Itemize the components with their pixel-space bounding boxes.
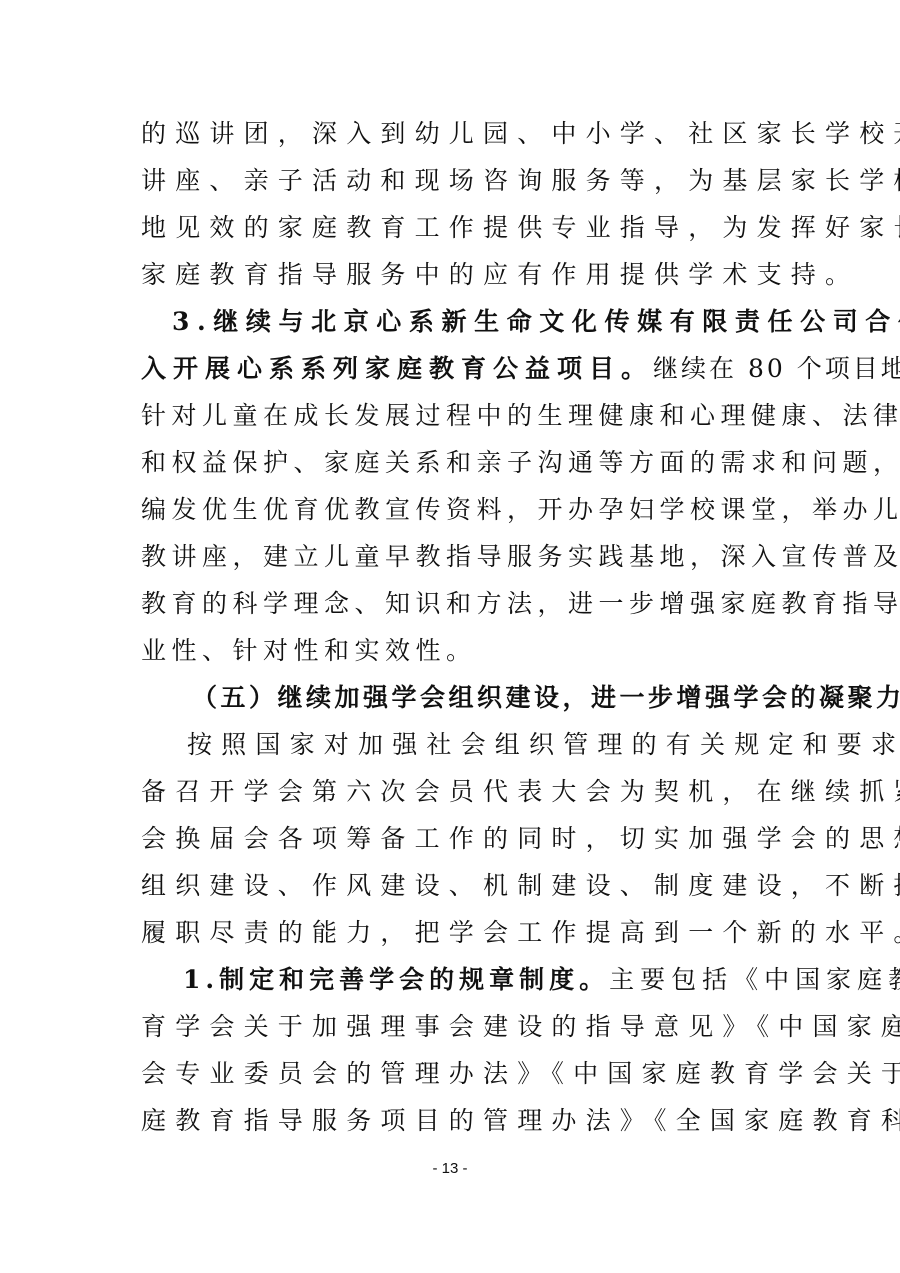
paragraph-line: 庭教育指导服务项目的管理办法》《全国家庭教育科研课题 (141, 1104, 781, 1138)
paragraph-line: 履职尽责的能力，把学会工作提高到一个新的水平。 (141, 916, 781, 950)
line-text: 业性、针对性和实效性。 (141, 636, 477, 665)
line-text: 育学会关于加强理事会建设的指导意见》《中国家庭教育学 (141, 1012, 900, 1041)
section-heading: （五）继续加强学会组织建设，进一步增强学会的凝聚力。 (192, 681, 832, 715)
line-text: 编发优生优育优教宣传资料，开办孕妇学校课堂，举办儿童早 (141, 495, 900, 524)
item-title-bold: 3.继续与北京心系新生命文化传媒有限责任公司合作，深 (172, 307, 900, 336)
section-heading-text: （五）继续加强学会组织建设，进一步增强学会的凝聚力。 (192, 683, 900, 712)
page-number: - 13 - (0, 1160, 900, 1177)
line-text: 家庭教育指导服务中的应有作用提供学术支持。 (141, 260, 859, 289)
line-text: 和权益保护、家庭关系和亲子沟通等方面的需求和问题，开展 (141, 448, 900, 477)
paragraph-line: 家庭教育指导服务中的应有作用提供学术支持。 (141, 258, 781, 292)
line-text: 讲座、亲子活动和现场咨询服务等，为基层家长学校开展落 (141, 166, 900, 195)
line-text: 针对儿童在成长发展过程中的生理健康和心理健康、法律保护 (141, 401, 900, 430)
line-text: 继续在 80 个项目地区， (653, 354, 900, 383)
paragraph-line: 编发优生优育优教宣传资料，开办孕妇学校课堂，举办儿童早 (141, 493, 781, 527)
paragraph-line: 会换届会各项筹备工作的同时，切实加强学会的思想建设、 (141, 822, 781, 856)
line-text: 会换届会各项筹备工作的同时，切实加强学会的思想建设、 (141, 824, 900, 853)
paragraph-line: 的巡讲团，深入到幼儿园、中小学、社区家长学校开展专题 (141, 117, 781, 151)
paragraph-line: 针对儿童在成长发展过程中的生理健康和心理健康、法律保护 (141, 399, 781, 433)
line-text: 会专业委员会的管理办法》《中国家庭教育学会关于实施家 (141, 1059, 900, 1088)
item-title-bold: 入开展心系系列家庭教育公益项目。 (141, 354, 653, 383)
line-text: 教讲座，建立儿童早教指导服务实践基地，深入宣传普及家庭 (141, 542, 900, 571)
paragraph-line: 育学会关于加强理事会建设的指导意见》《中国家庭教育学 (141, 1010, 781, 1044)
line-text: 履职尽责的能力，把学会工作提高到一个新的水平。 (141, 918, 900, 947)
item-title-line: 3.继续与北京心系新生命文化传媒有限责任公司合作，深 (172, 305, 812, 339)
line-text: 备召开学会第六次会员代表大会为契机，在继续抓紧抓好学 (141, 777, 900, 806)
line-text: 主要包括《中国家庭教 (609, 965, 900, 994)
line-text: 按照国家对加强社会组织管理的有关规定和要求，以筹 (187, 730, 900, 759)
paragraph-line: 教讲座，建立儿童早教指导服务实践基地，深入宣传普及家庭 (141, 540, 781, 574)
line-text: 地见效的家庭教育工作提供专业指导，为发挥好家长学校在 (141, 213, 900, 242)
paragraph-line: 讲座、亲子活动和现场咨询服务等，为基层家长学校开展落 (141, 164, 781, 198)
document-page: 的巡讲团，深入到幼儿园、中小学、社区家长学校开展专题 讲座、亲子活动和现场咨询服… (0, 0, 900, 1273)
line-text: 的巡讲团，深入到幼儿园、中小学、社区家长学校开展专题 (141, 119, 900, 148)
line-text: 教育的科学理念、知识和方法，进一步增强家庭教育指导的专 (141, 589, 900, 618)
line-text: 组织建设、作风建设、机制建设、制度建设，不断提升学会 (141, 871, 900, 900)
line-text: 庭教育指导服务项目的管理办法》《全国家庭教育科研课题 (141, 1106, 900, 1135)
paragraph-line: 地见效的家庭教育工作提供专业指导，为发挥好家长学校在 (141, 211, 781, 245)
paragraph-line: 入开展心系系列家庭教育公益项目。继续在 80 个项目地区， (141, 352, 781, 386)
item-title-line: 1.制定和完善学会的规章制度。主要包括《中国家庭教 (183, 963, 823, 997)
paragraph-line: 和权益保护、家庭关系和亲子沟通等方面的需求和问题，开展 (141, 446, 781, 480)
paragraph-line: 业性、针对性和实效性。 (141, 634, 781, 668)
item-title-bold: 1.制定和完善学会的规章制度。 (183, 965, 609, 994)
paragraph-line: 会专业委员会的管理办法》《中国家庭教育学会关于实施家 (141, 1057, 781, 1091)
paragraph-line: 教育的科学理念、知识和方法，进一步增强家庭教育指导的专 (141, 587, 781, 621)
paragraph-line: 按照国家对加强社会组织管理的有关规定和要求，以筹 (187, 728, 827, 762)
paragraph-line: 备召开学会第六次会员代表大会为契机，在继续抓紧抓好学 (141, 775, 781, 809)
paragraph-line: 组织建设、作风建设、机制建设、制度建设，不断提升学会 (141, 869, 781, 903)
